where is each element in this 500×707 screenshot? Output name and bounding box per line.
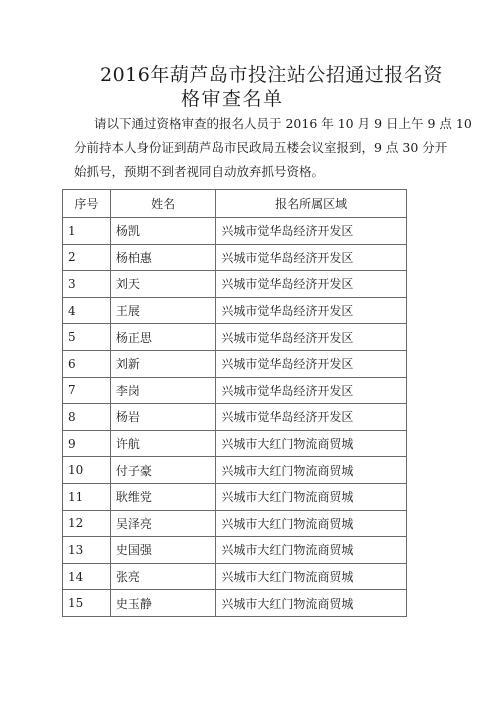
- header-serial-number: 序号: [63, 190, 111, 218]
- cell-name: 付子豪: [110, 457, 216, 484]
- cell-region: 兴城市大红门物流商贸城: [216, 510, 407, 537]
- cell-name: 杨岩: [110, 404, 216, 431]
- cell-serial-number: 11: [63, 483, 111, 510]
- cell-name: 许航: [110, 430, 216, 457]
- table-row: 2 杨柏惠 兴城市觉华岛经济开发区: [63, 244, 407, 271]
- cell-name: 杨凯: [110, 218, 216, 245]
- table-row: 6 刘新 兴城市觉华岛经济开发区: [63, 350, 407, 377]
- table-row: 11 耿维党 兴城市大红门物流商贸城: [63, 483, 407, 510]
- notice-paragraph-line-1: 请以下通过资格审查的报名人员于 2016 年 10 月 9 日上午 9 点 10: [94, 114, 472, 132]
- cell-region: 兴城市大红门物流商贸城: [216, 430, 407, 457]
- header-name: 姓名: [110, 190, 216, 218]
- cell-serial-number: 9: [63, 430, 111, 457]
- cell-name: 史玉静: [110, 590, 216, 617]
- table-row: 5 杨正思 兴城市觉华岛经济开发区: [63, 324, 407, 351]
- cell-region: 兴城市觉华岛经济开发区: [216, 377, 407, 404]
- cell-serial-number: 6: [63, 350, 111, 377]
- cell-region: 兴城市觉华岛经济开发区: [216, 218, 407, 245]
- cell-region: 兴城市觉华岛经济开发区: [216, 404, 407, 431]
- table-row: 15 史玉静 兴城市大红门物流商贸城: [63, 590, 407, 617]
- cell-serial-number: 4: [63, 297, 111, 324]
- cell-region: 兴城市觉华岛经济开发区: [216, 244, 407, 271]
- cell-name: 杨柏惠: [110, 244, 216, 271]
- notice-paragraph-line-3: 始抓号，预期不到者视同自动放弃抓号资格。: [74, 162, 324, 180]
- cell-serial-number: 10: [63, 457, 111, 484]
- cell-region: 兴城市大红门物流商贸城: [216, 590, 407, 617]
- table-row: 10 付子豪 兴城市大红门物流商贸城: [63, 457, 407, 484]
- cell-name: 耿维党: [110, 483, 216, 510]
- table-row: 9 许航 兴城市大红门物流商贸城: [63, 430, 407, 457]
- cell-serial-number: 15: [63, 590, 111, 617]
- cell-name: 史国强: [110, 537, 216, 564]
- cell-name: 刘新: [110, 350, 216, 377]
- table-row: 1 杨凯 兴城市觉华岛经济开发区: [63, 218, 407, 245]
- table-header-row: 序号 姓名 报名所属区域: [63, 190, 407, 218]
- document-title-line-1: 2016年葫芦岛市投注站公招通过报名资: [100, 60, 443, 87]
- table-row: 3 刘天 兴城市觉华岛经济开发区: [63, 271, 407, 298]
- cell-region: 兴城市大红门物流商贸城: [216, 483, 407, 510]
- cell-name: 吴泽亮: [110, 510, 216, 537]
- cell-region: 兴城市大红门物流商贸城: [216, 537, 407, 564]
- cell-serial-number: 14: [63, 563, 111, 590]
- cell-serial-number: 13: [63, 537, 111, 564]
- cell-serial-number: 5: [63, 324, 111, 351]
- document-title-line-2: 格审查名单: [181, 84, 284, 111]
- table-row: 12 吴泽亮 兴城市大红门物流商贸城: [63, 510, 407, 537]
- roster-table: 序号 姓名 报名所属区域 1 杨凯 兴城市觉华岛经济开发区 2 杨柏惠 兴城市觉…: [62, 189, 407, 617]
- cell-region: 兴城市觉华岛经济开发区: [216, 350, 407, 377]
- cell-region: 兴城市觉华岛经济开发区: [216, 324, 407, 351]
- cell-serial-number: 1: [63, 218, 111, 245]
- table-row: 7 李岗 兴城市觉华岛经济开发区: [63, 377, 407, 404]
- cell-serial-number: 2: [63, 244, 111, 271]
- cell-name: 王展: [110, 297, 216, 324]
- cell-serial-number: 12: [63, 510, 111, 537]
- table-row: 13 史国强 兴城市大红门物流商贸城: [63, 537, 407, 564]
- cell-region: 兴城市大红门物流商贸城: [216, 457, 407, 484]
- cell-name: 杨正思: [110, 324, 216, 351]
- cell-name: 张亮: [110, 563, 216, 590]
- table-row: 14 张亮 兴城市大红门物流商贸城: [63, 563, 407, 590]
- notice-paragraph-line-2: 分前持本人身份证到葫芦岛市民政局五楼会议室报到，9 点 30 分开: [74, 138, 447, 156]
- table-row: 8 杨岩 兴城市觉华岛经济开发区: [63, 404, 407, 431]
- header-region: 报名所属区域: [216, 190, 407, 218]
- cell-serial-number: 3: [63, 271, 111, 298]
- table-row: 4 王展 兴城市觉华岛经济开发区: [63, 297, 407, 324]
- cell-name: 李岗: [110, 377, 216, 404]
- cell-name: 刘天: [110, 271, 216, 298]
- cell-serial-number: 8: [63, 404, 111, 431]
- cell-region: 兴城市觉华岛经济开发区: [216, 297, 407, 324]
- cell-serial-number: 7: [63, 377, 111, 404]
- cell-region: 兴城市大红门物流商贸城: [216, 563, 407, 590]
- cell-region: 兴城市觉华岛经济开发区: [216, 271, 407, 298]
